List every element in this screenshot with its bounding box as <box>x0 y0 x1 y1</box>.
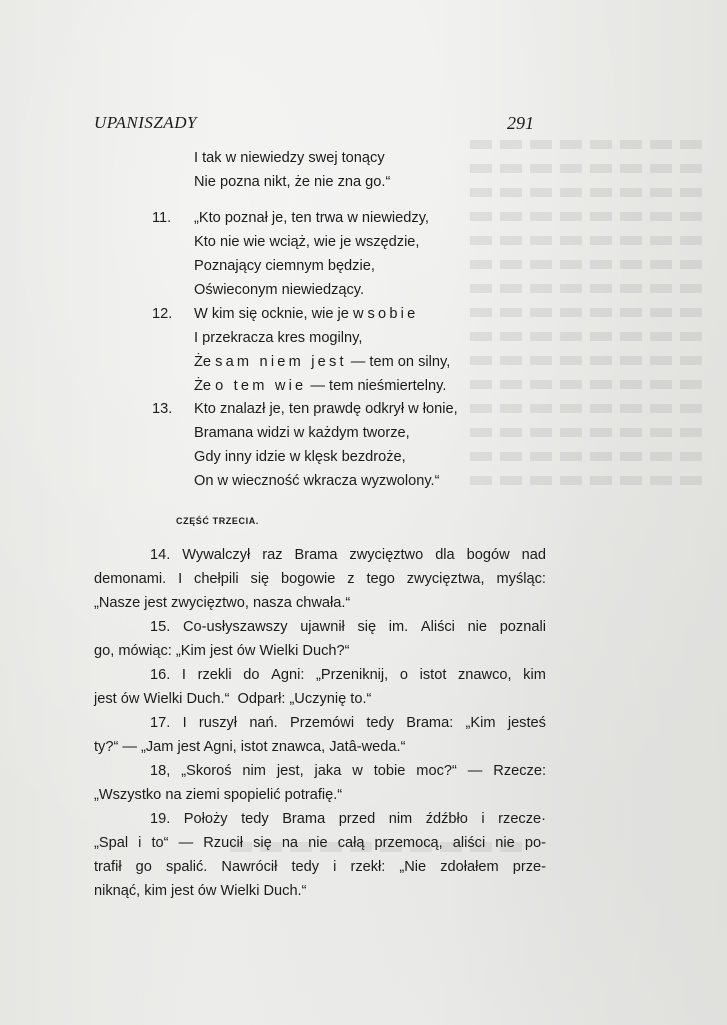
emphasized-words: o tem wie <box>215 378 306 394</box>
prose-text: niknąć, kim jest ów Wielki Duch.“ <box>94 879 306 903</box>
verse-number: 13. <box>152 397 172 421</box>
prose-word: nim <box>389 807 413 831</box>
verse-line: Gdy inny idzie w klęsk bezdroże, <box>194 445 406 469</box>
prose-word: 18, <box>150 759 170 783</box>
prose-word: 17. <box>150 711 170 735</box>
book-page: UPANISZADY 291 I tak w niewiedzy swej to… <box>0 0 727 1025</box>
verse-line: „Kto poznał je, ten trwa w niewiedzy, <box>194 206 429 230</box>
prose-word: Brama <box>282 807 325 831</box>
prose-word: „Spal <box>94 831 128 855</box>
prose-word: prze- <box>513 855 546 879</box>
prose-word: i <box>138 831 141 855</box>
prose-word: w <box>352 759 363 783</box>
prose-word: Aliści <box>421 615 455 639</box>
prose-word: nad <box>522 543 546 567</box>
prose-line: „Nasze jest zwycięztwo, nasza chwała.“ <box>94 591 546 615</box>
prose-word: bogów <box>467 543 510 567</box>
prose-word: o <box>400 663 408 687</box>
prose-word: chełpili <box>194 567 239 591</box>
verse-line: Kto znalazł je, ten prawdę odkrył w łoni… <box>194 397 458 421</box>
prose-word: Agni: <box>271 663 304 687</box>
prose-word: kim <box>523 663 546 687</box>
prose-word: Rzecze: <box>493 759 546 783</box>
running-title: UPANISZADY <box>94 113 197 133</box>
prose-word: jaka <box>315 759 342 783</box>
prose-word: Położy <box>184 807 228 831</box>
prose-word: Co-usłyszawszy <box>183 615 288 639</box>
prose-word: 15. <box>150 615 170 639</box>
prose-word: — <box>468 759 483 783</box>
prose-text: „Wszystko na ziemi spopielić potrafię.“ <box>94 783 342 807</box>
prose-word: nań. <box>249 711 277 735</box>
prose-word: to“ <box>151 831 168 855</box>
prose-word: tego <box>366 567 394 591</box>
prose-word: przed <box>339 807 376 831</box>
prose-word: dla <box>435 543 454 567</box>
verse-line: Kto nie wie wciąż, wie je wszędzie, <box>194 230 419 254</box>
prose-word: nim <box>242 759 266 783</box>
verse-number: 11. <box>152 206 171 230</box>
prose-word: Wywalczył <box>182 543 250 567</box>
prose-word: nie <box>308 831 327 855</box>
prose-word: 19. <box>150 807 170 831</box>
prose-word: demonami. <box>94 567 166 591</box>
verse-line: Że o tem wie — tem nieśmiertelny. <box>194 374 446 398</box>
prose-word: Brama: <box>406 711 453 735</box>
prose-word: I <box>182 663 186 687</box>
prose-word: ruszył <box>199 711 237 735</box>
prose-word: Rzucił <box>203 831 243 855</box>
emphasized-words: sobie <box>368 306 419 322</box>
prose-line: ty?“ — „Jam jest Agni, istot znawca, Jat… <box>94 735 546 759</box>
prose-line: 18,„Skorośnimjest,jakawtobiemoc?“—Rzecze… <box>94 759 546 783</box>
prose-word: się <box>251 567 270 591</box>
prose-word: Brama <box>294 543 337 567</box>
prose-line: „Wszystko na ziemi spopielić potrafię.“ <box>94 783 546 807</box>
prose-line: 16.IrzeklidoAgni:„Przeniknij,oistotznawc… <box>94 663 546 687</box>
prose-line: jest ów Wielki Duch.“ Odparł: „Uczynię t… <box>94 687 546 711</box>
prose-word: i <box>481 807 484 831</box>
prose-line: demonami.Ichełpilisiębogowieztegozwycięz… <box>94 567 546 591</box>
prose-word: „Skoroś <box>181 759 231 783</box>
prose-word: całą <box>338 831 365 855</box>
verse-line: Bramana widzi w każdym tworze, <box>194 421 410 445</box>
prose-line: go, mówiąc: „Kim jest ów Wielki Duch?“ <box>94 639 546 663</box>
prose-line: niknąć, kim jest ów Wielki Duch.“ <box>94 879 546 903</box>
prose-line: trafiłgospalić.Nawróciłtedyirzekł:„Niezd… <box>94 855 546 879</box>
prose-line: „Spalito“—Rzuciłsięnaniecałąprzemocą,ali… <box>94 831 546 855</box>
prose-line: 14.WywalczyłrazBramazwycięztwodlabogówna… <box>94 543 546 567</box>
prose-word: na <box>282 831 298 855</box>
prose-word: się <box>253 831 272 855</box>
prose-word: aliści <box>453 831 485 855</box>
prose-word: „Nie <box>399 855 426 879</box>
prose-word: Nawrócił <box>221 855 277 879</box>
prose-word: ujawnił <box>300 615 345 639</box>
prose-word: źdźbło <box>426 807 468 831</box>
prose-word: Przemówi <box>290 711 354 735</box>
prose-word: poznali <box>500 615 546 639</box>
prose-word: 14. <box>150 543 170 567</box>
prose-word: jest, <box>277 759 304 783</box>
verse-line: Poznający ciemnym będzie, <box>194 254 375 278</box>
verse-line: W kim się ocknie, wie je w sobie <box>194 302 418 326</box>
verse-line: Że sam niem jest — tem on silny, <box>194 350 450 374</box>
prose-word: 16. <box>150 663 170 687</box>
prose-word: tobie <box>374 759 406 783</box>
prose-word: bogowie <box>281 567 335 591</box>
prose-word: przemocą, <box>375 831 443 855</box>
verse-line: On w wieczność wkracza wyzwolony.“ <box>194 469 439 493</box>
prose-line: 19.PołożytedyBramaprzednimźdźbłoirzecze· <box>94 807 546 831</box>
prose-text: ty?“ — „Jam jest Agni, istot znawca, Jat… <box>94 735 405 759</box>
prose-word: zwycięztwo <box>349 543 423 567</box>
prose-word: raz <box>262 543 282 567</box>
prose-word: im. <box>389 615 408 639</box>
prose-word: się <box>357 615 376 639</box>
prose-word: zdołałem <box>440 855 498 879</box>
emphasized-words: sam niem jest <box>215 354 347 370</box>
prose-word: po- <box>525 831 546 855</box>
prose-word: I <box>178 567 182 591</box>
verse-number: 12. <box>152 302 172 326</box>
prose-word: — <box>179 831 194 855</box>
show-through-texture <box>470 140 710 520</box>
prose-word: znawco, <box>458 663 512 687</box>
prose-word: rzekli <box>198 663 232 687</box>
prose-word: spalić. <box>166 855 207 879</box>
prose-line: 17.Iruszyłnań.PrzemówitedyBrama:„Kimjest… <box>94 711 546 735</box>
running-head: UPANISZADY 291 <box>94 113 534 135</box>
prose-text: go, mówiąc: „Kim jest ów Wielki Duch?“ <box>94 639 349 663</box>
prose-word: I <box>183 711 187 735</box>
prose-word: jesteś <box>508 711 546 735</box>
prose-word: moc?“ <box>416 759 457 783</box>
prose-word: zwycięztwa, <box>407 567 485 591</box>
section-heading: CZĘŚĆ TRZECIA. <box>176 516 259 526</box>
prose-word: „Kim <box>466 711 496 735</box>
verse-line: I przekracza kres mogilny, <box>194 326 362 350</box>
prose-word: rzekł: <box>350 855 385 879</box>
prose-text: „Nasze jest zwycięztwo, nasza chwała.“ <box>94 591 350 615</box>
prose-word: i <box>333 855 336 879</box>
prose-word: z <box>347 567 354 591</box>
prose-word: do <box>243 663 259 687</box>
prose-word: tedy <box>241 807 269 831</box>
page-number: 291 <box>507 113 534 134</box>
prose-word: „Przeniknij, <box>316 663 388 687</box>
verse-line: Nie pozna nikt, że nie zna go.“ <box>194 170 390 194</box>
prose-word: rzecze· <box>498 807 546 831</box>
prose-word: myśląc: <box>496 567 545 591</box>
prose-word: go <box>136 855 152 879</box>
prose-body: 14.WywalczyłrazBramazwycięztwodlabogówna… <box>94 543 546 903</box>
prose-word: tedy <box>366 711 394 735</box>
prose-word: istot <box>420 663 447 687</box>
prose-word: nie <box>495 831 514 855</box>
verse-line: I tak w niewiedzy swej tonący <box>194 146 385 170</box>
prose-word: trafił <box>94 855 122 879</box>
prose-word: nie <box>468 615 487 639</box>
prose-line: 15.Co-usłyszawszyujawniłsięim.Aliściniep… <box>94 615 546 639</box>
prose-text: jest ów Wielki Duch.“ Odparł: „Uczynię t… <box>94 687 371 711</box>
prose-word: tedy <box>291 855 319 879</box>
verse-line: Oświeconym niewiedzący. <box>194 278 364 302</box>
